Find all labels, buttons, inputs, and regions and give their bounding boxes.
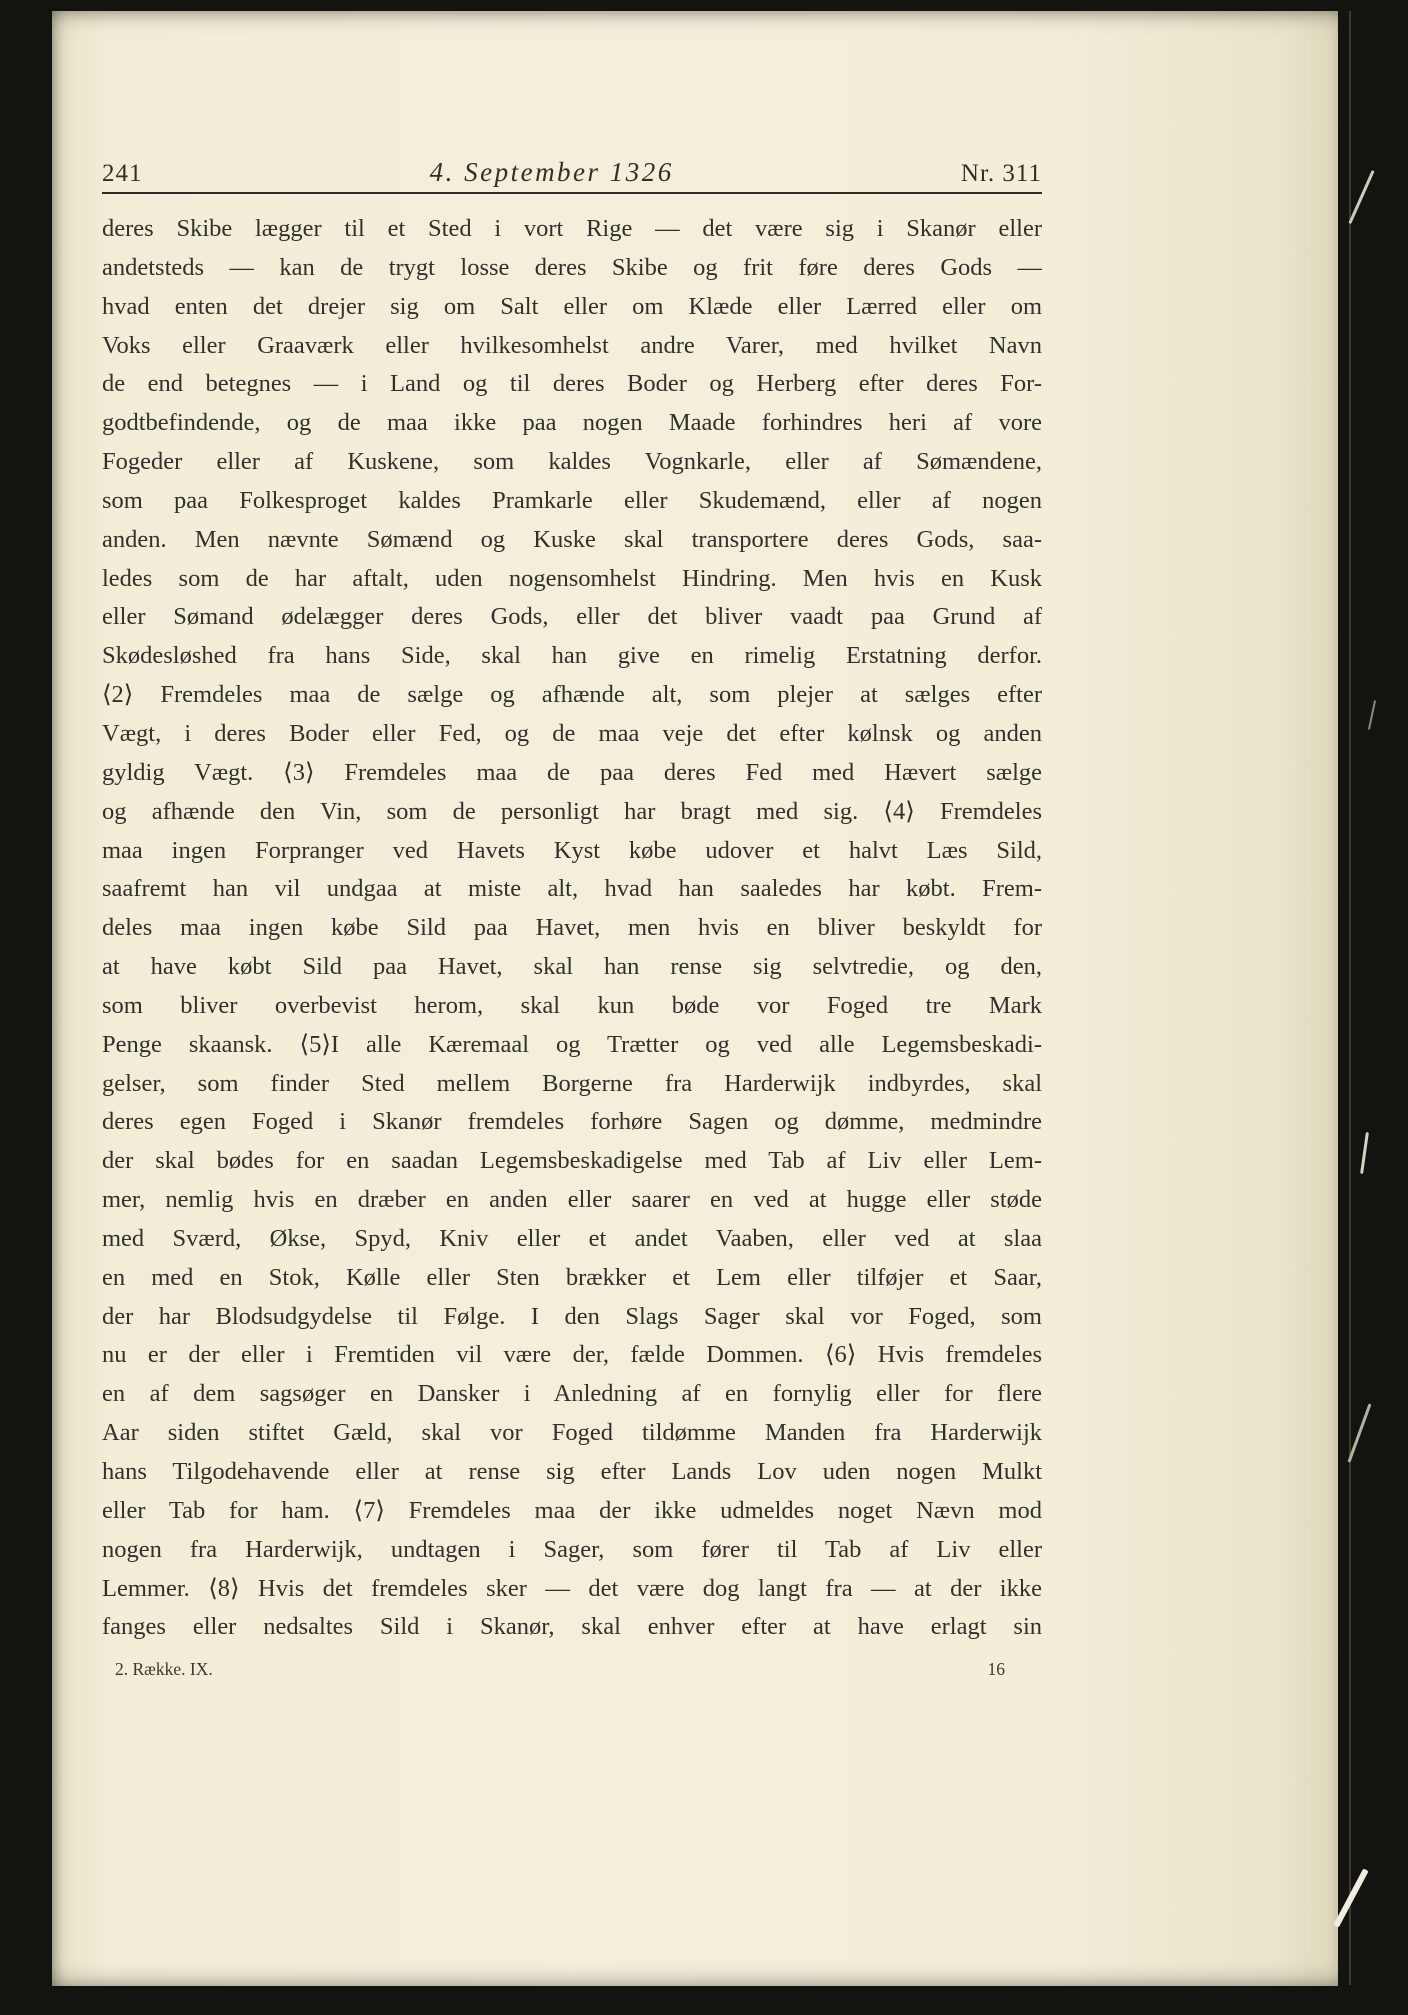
text-line: Vægt, i deres Boder eller Fed, og de maa… <box>102 715 1042 754</box>
text-line: gyldig Vægt. ⟨3⟩ Fremdeles maa de paa de… <box>102 754 1042 793</box>
text-line: en med en Stok, Kølle eller Sten brækker… <box>102 1259 1042 1298</box>
paper-sheet: 241 4. September 1326 Nr. 311 deres Skib… <box>52 11 1338 1986</box>
text-line: anden. Men nævnte Sømænd og Kuske skal t… <box>102 521 1042 560</box>
scan-artifact <box>1360 1132 1369 1174</box>
body-text: deres Skibe lægger til et Sted i vort Ri… <box>102 210 1042 1647</box>
header-page-number: 241 <box>102 160 143 188</box>
header-rule <box>102 192 1042 194</box>
text-line: eller Tab for ham. ⟨7⟩ Fremdeles maa der… <box>102 1492 1042 1531</box>
text-line: andetsteds — kan de trygt losse deres Sk… <box>102 249 1042 288</box>
text-line: gelser, som finder Sted mellem Borgerne … <box>102 1065 1042 1104</box>
text-line: godtbefindende, og de maa ikke paa nogen… <box>102 404 1042 443</box>
text-line: der har Blodsudgydelse til Følge. I den … <box>102 1298 1042 1337</box>
header-date-title: 4. September 1326 <box>430 157 674 188</box>
scan-artifact <box>1347 1403 1371 1462</box>
text-line: hvad enten det drejer sig om Salt eller … <box>102 288 1042 327</box>
text-line: mer, nemlig hvis en dræber en anden elle… <box>102 1181 1042 1220</box>
footer-series-label: 2. Række. IX. <box>115 1659 213 1680</box>
page-header: 241 4. September 1326 Nr. 311 <box>102 157 1042 188</box>
scan-artifact <box>1333 1868 1368 1927</box>
scanned-book-page: 241 4. September 1326 Nr. 311 deres Skib… <box>0 0 1408 2015</box>
text-line: Voks eller Graaværk eller hvilkesomhelst… <box>102 327 1042 366</box>
text-line: som paa Folkesproget kaldes Pramkarle el… <box>102 482 1042 521</box>
text-line: hans Tilgodehavende eller at rense sig e… <box>102 1453 1042 1492</box>
text-line: og afhænde den Vin, som de personligt ha… <box>102 793 1042 832</box>
text-line: nogen fra Harderwijk, undtagen i Sager, … <box>102 1531 1042 1570</box>
text-line: deles maa ingen købe Sild paa Havet, men… <box>102 909 1042 948</box>
text-line: ⟨2⟩ Fremdeles maa de sælge og afhænde al… <box>102 676 1042 715</box>
text-line: nu er der eller i Fremtiden vil være der… <box>102 1336 1042 1375</box>
footer-sheet-number: 16 <box>988 1659 1006 1680</box>
text-line: maa ingen Forpranger ved Havets Kyst køb… <box>102 832 1042 871</box>
text-line: eller Sømand ødelægger deres Gods, eller… <box>102 598 1042 637</box>
text-line: med Sværd, Økse, Spyd, Kniv eller et and… <box>102 1220 1042 1259</box>
text-line: Penge skaansk. ⟨5⟩I alle Kæremaal og Træ… <box>102 1026 1042 1065</box>
scan-artifact <box>1348 170 1374 224</box>
text-line: at have købt Sild paa Havet, skal han re… <box>102 948 1042 987</box>
text-line: saafremt han vil undgaa at miste alt, hv… <box>102 870 1042 909</box>
text-line: fanges eller nedsaltes Sild i Skanør, sk… <box>102 1608 1042 1647</box>
text-line: Lemmer. ⟨8⟩ Hvis det fremdeles sker — de… <box>102 1570 1042 1609</box>
page-edge-line <box>1349 11 1351 1985</box>
text-line: en af dem sagsøger en Dansker i Anlednin… <box>102 1375 1042 1414</box>
scan-artifact <box>1368 700 1376 730</box>
text-line: de end betegnes — i Land og til deres Bo… <box>102 365 1042 404</box>
text-line: deres Skibe lægger til et Sted i vort Ri… <box>102 210 1042 249</box>
page-footer: 2. Række. IX. 16 <box>115 1659 1005 1680</box>
text-line: der skal bødes for en saadan Legemsbeska… <box>102 1142 1042 1181</box>
text-line: ledes som de har aftalt, uden nogensomhe… <box>102 560 1042 599</box>
text-line: Aar siden stiftet Gæld, skal vor Foged t… <box>102 1414 1042 1453</box>
text-line: deres egen Foged i Skanør fremdeles forh… <box>102 1103 1042 1142</box>
text-line: som bliver overbevist herom, skal kun bø… <box>102 987 1042 1026</box>
text-line: Skødesløshed fra hans Side, skal han giv… <box>102 637 1042 676</box>
header-document-number: Nr. 311 <box>961 160 1042 188</box>
text-line: Fogeder eller af Kuskene, som kaldes Vog… <box>102 443 1042 482</box>
